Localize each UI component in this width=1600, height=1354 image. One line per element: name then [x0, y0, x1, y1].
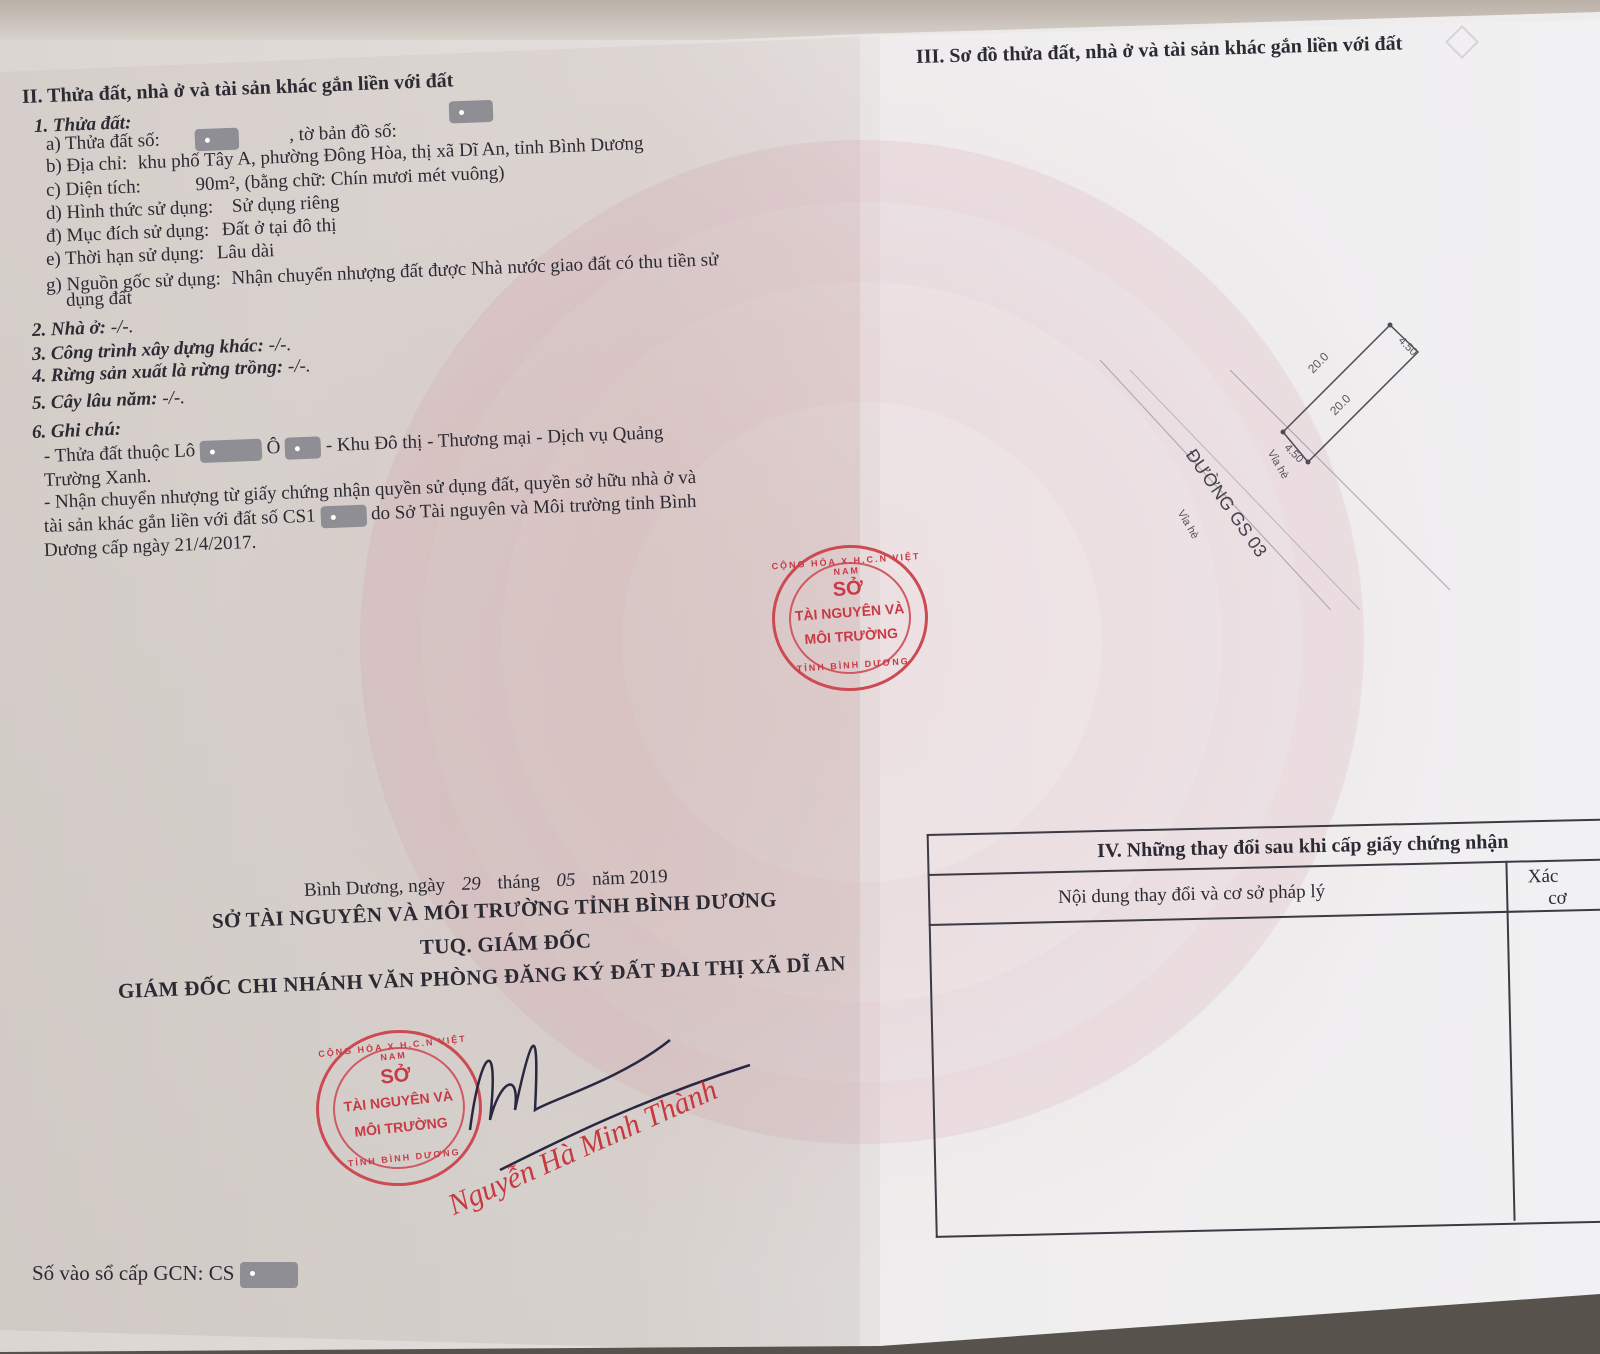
land-parcel-sketch: 20.0 20.0 4.50 4.50 Vỉa hè ĐƯỜNG GS 03 V…	[1100, 290, 1450, 610]
perennial-value: -/-.	[162, 387, 185, 409]
forest-value: -/-.	[288, 355, 311, 377]
registry-label: Số vào sổ cấp GCN: CS	[32, 1261, 234, 1285]
house-label: 2. Nhà ở:	[32, 317, 107, 341]
address-label: b) Địa chỉ:	[46, 153, 128, 177]
date-year: năm 2019	[592, 866, 668, 890]
date-prefix: Bình Dương, ngày	[304, 875, 446, 901]
redacted-parcel-number	[194, 127, 239, 151]
redacted-registry-number	[240, 1262, 298, 1288]
note1-prefix: - Thửa đất thuộc Lô	[44, 440, 196, 467]
date-month-label: tháng	[497, 871, 540, 894]
redacted-certificate-number	[320, 504, 367, 528]
note1-mid: Ô	[266, 437, 281, 459]
term-value: Lâu dài	[216, 240, 274, 263]
other-construction-value: -/-.	[268, 334, 291, 356]
perennial-label: 5. Cây lâu năm:	[32, 388, 158, 414]
col-confirm-header-2: cơ	[1548, 887, 1567, 909]
house-value: -/-.	[110, 316, 133, 338]
redacted-map-sheet	[448, 99, 493, 123]
notes-heading: 6. Ghi chú:	[32, 419, 122, 444]
certificate-page: II. Thửa đất, nhà ở và tài sản khác gắn …	[0, 0, 1600, 1354]
redacted-lot-number	[200, 438, 263, 462]
date-day: 29	[461, 873, 481, 895]
usage-form-value: Sử dụng riêng	[232, 192, 340, 217]
changes-table: IV. Những thay đổi sau khi cấp giấy chứn…	[926, 790, 1600, 1246]
col-confirm-header-1: Xác	[1528, 866, 1559, 889]
parcel-label: a) Thửa đất số:	[46, 130, 161, 155]
map-sheet-label: , tờ bản đồ số:	[289, 121, 397, 146]
purpose-value: Đất ở tại đô thị	[222, 215, 337, 240]
house-row: 2. Nhà ở: -/-.	[32, 316, 134, 342]
area-label: c) Diện tích:	[46, 176, 142, 201]
registry-row: Số vào sổ cấp GCN: CS	[32, 1262, 298, 1288]
origin-value-cont: dụng đất	[66, 287, 133, 312]
redacted-plot-number	[285, 436, 322, 459]
date-month: 05	[556, 870, 576, 892]
